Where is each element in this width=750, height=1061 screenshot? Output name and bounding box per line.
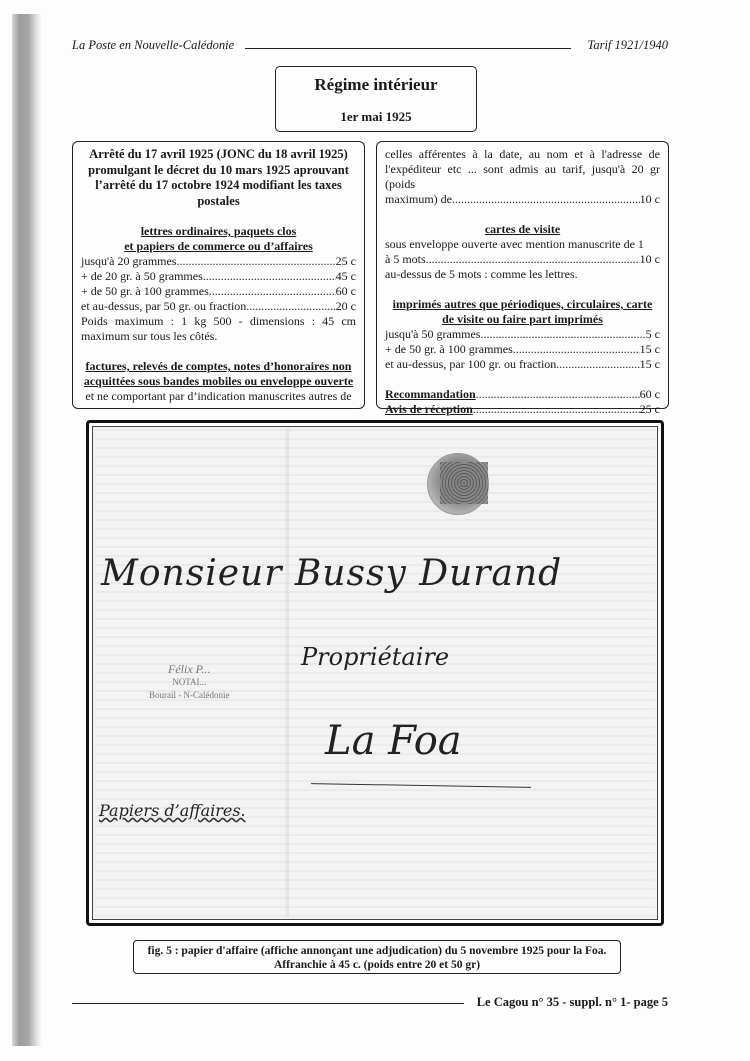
continuation-text: celles afférentes à la date, au nom et à…: [385, 147, 660, 192]
rate-label: et au-dessus, par 50 gr. ou fraction: [81, 299, 246, 314]
rate-row: maximum) de10 c: [385, 192, 660, 207]
scan-gutter-shadow: [12, 14, 42, 1046]
decree-line: promulgant le décret du 10 mars 1925 apr…: [81, 163, 356, 179]
section-title-line: factures, relevés de comptes, notes d’ho…: [81, 359, 356, 374]
section-title-letters: lettres ordinaires, paquets clos et papi…: [81, 224, 356, 254]
caption-line: Affranchie à 45 c. (poids entre 20 et 50…: [134, 958, 620, 972]
decree-line: Arrêté du 17 avril 1925 (JONC du 18 avri…: [81, 147, 356, 163]
visiting-cards-note: au-dessus de 5 mots : comme les lettres.: [385, 267, 660, 282]
title-box: Régime intérieur 1er mai 1925: [275, 66, 477, 132]
rate-label: jusqu'à 20 grammes: [81, 254, 176, 269]
rate-label: jusqu'à 50 grammes: [385, 327, 480, 342]
tariff-right-column: celles afférentes à la date, au nom et à…: [376, 141, 669, 409]
footer-page-label: Le Cagou n° 35 - suppl. n° 1- page 5: [477, 995, 668, 1010]
section-title-line: et papiers de commerce ou d’affaires: [81, 239, 356, 254]
sender-cachet: Félix P... NOTAI... Bourail - N-Calédoni…: [149, 663, 229, 702]
decree-header: Arrêté du 17 avril 1925 (JONC du 18 avri…: [81, 147, 356, 209]
section-title-line: lettres ordinaires, paquets clos: [81, 224, 356, 239]
figure-caption: fig. 5 : papier d'affaire (affiche annon…: [133, 940, 621, 974]
weight-note: Poids maximum : 1 kg 500 - dimensions : …: [81, 314, 356, 344]
rate-row-receipt: Avis de réception25 c: [385, 402, 660, 417]
rate-row: jusqu'à 50 grammes5 c: [385, 327, 660, 342]
section-title-printed-matter: imprimés autres que périodiques, circula…: [385, 297, 660, 327]
rate-row: jusqu'à 20 grammes25 c: [81, 254, 356, 269]
rate-value: 10 c: [640, 192, 660, 207]
postage-stamp-icon: [427, 453, 489, 515]
rate-row: + de 20 gr. à 50 grammes45 c: [81, 269, 356, 284]
running-head-right: Tarif 1921/1940: [588, 38, 668, 53]
rate-row: et au-dessus, par 100 gr. ou fraction15 …: [385, 357, 660, 372]
rate-value: 25 c: [640, 402, 660, 417]
rate-label: à 5 mots: [385, 252, 426, 267]
decree-line: postales: [81, 194, 356, 210]
rate-label: + de 50 gr. à 100 grammes: [81, 284, 209, 299]
rate-value: 10 c: [640, 252, 660, 267]
handwritten-annotation: Papiers d’affaires.: [99, 801, 246, 820]
running-head-rule: [245, 48, 571, 49]
figure-envelope-image: Monsieur Bussy Durand Félix P... NOTAI..…: [86, 420, 664, 926]
rate-value: 20 c: [336, 299, 356, 314]
rate-value: 45 c: [336, 269, 356, 284]
section-title-line: acquittées sous bandes mobiles ou envelo…: [81, 374, 356, 389]
sender-name: Félix P...: [149, 663, 229, 676]
section-title-line: de visite ou faire part imprimés: [385, 312, 660, 327]
rate-value: 15 c: [640, 357, 660, 372]
rate-value: 25 c: [336, 254, 356, 269]
rate-label: Recommandation: [385, 387, 476, 402]
rate-value: 5 c: [646, 327, 660, 342]
rate-row: + de 50 gr. à 100 grammes15 c: [385, 342, 660, 357]
sender-place: Bourail - N-Calédonie: [149, 689, 229, 702]
section-title-visiting-cards: cartes de visite: [385, 222, 660, 237]
rate-label: + de 50 gr. à 100 grammes: [385, 342, 513, 357]
page-date: 1er mai 1925: [276, 109, 476, 125]
rate-label: maximum) de: [385, 192, 452, 207]
rate-value: 60 c: [336, 284, 356, 299]
sender-title: NOTAI...: [149, 676, 229, 689]
caption-line: fig. 5 : papier d'affaire (affiche annon…: [134, 944, 620, 958]
section-title-line: imprimés autres que périodiques, circula…: [385, 297, 660, 312]
section-title-invoices: factures, relevés de comptes, notes d’ho…: [81, 359, 356, 389]
running-head-left: La Poste en Nouvelle-Calédonie: [72, 38, 234, 53]
decree-line: l’arrêté du 17 octobre 1924 modifiant le…: [81, 178, 356, 194]
page-title: Régime intérieur: [276, 75, 476, 95]
rate-row: + de 50 gr. à 100 grammes60 c: [81, 284, 356, 299]
tariff-left-column: Arrêté du 17 avril 1925 (JONC du 18 avri…: [72, 141, 365, 409]
visiting-cards-text: sous enveloppe ouverte avec mention manu…: [385, 237, 660, 252]
running-head: La Poste en Nouvelle-Calédonie Tarif 192…: [72, 36, 668, 54]
rate-label: et au-dessus, par 100 gr. ou fraction: [385, 357, 556, 372]
rate-row: à 5 mots10 c: [385, 252, 660, 267]
invoices-text: et ne comportant par d’indication manusc…: [81, 389, 356, 404]
rate-row: et au-dessus, par 50 gr. ou fraction20 c: [81, 299, 356, 314]
rate-label: + de 20 gr. à 50 grammes: [81, 269, 203, 284]
rate-row-registered: Recommandation60 c: [385, 387, 660, 402]
handwritten-city: La Foa: [325, 718, 462, 764]
handwritten-title: Propriétaire: [301, 643, 449, 671]
rate-label: Avis de réception: [385, 402, 473, 417]
handwritten-addressee: Monsieur Bussy Durand: [101, 553, 562, 594]
footer-rule: [72, 1003, 464, 1004]
rate-value: 60 c: [640, 387, 660, 402]
rate-value: 15 c: [640, 342, 660, 357]
